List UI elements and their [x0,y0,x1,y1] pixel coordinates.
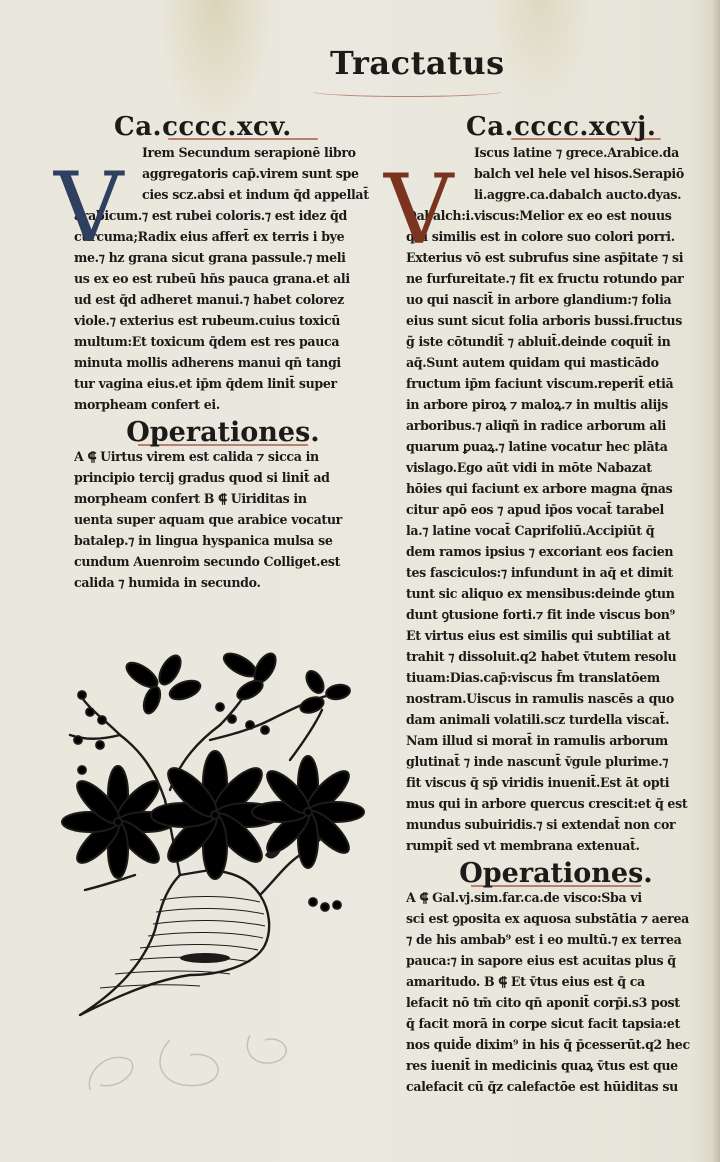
operations-heading-left: Operationes. [74,417,372,446]
left-column: Ca.cccc.xcv. V Irem Secundum serapionē l… [74,112,372,593]
text-line: amaritudo. B ⸿ Et v̄tus eius est q̄ ca [406,971,706,992]
operations-body-right: A ⸿ Gal.vj.sim.far.ca.de visco:Sba vi sc… [406,887,706,1097]
right-column: Ca.cccc.xcvj. V Iscus latine ⁊ grece.Ara… [406,112,706,1097]
text-line: aq̄.Sunt autem quidam qui masticādo [406,352,706,373]
text-line: dam animali volatili.scz turdella viscat… [406,709,706,730]
operations-heading-right: Operationes. [406,858,706,887]
operations-heading-text: Operationes. [126,417,319,448]
text-line: g̃ iste cōtundit̄ ⁊ abluit̄.deinde coqui… [406,331,706,352]
text-line: mus qui in arbore quercus crescit:et q̄ … [406,793,706,814]
text-line: pauca:⁊ in sapore eius est acuitas plus … [406,950,706,971]
text-line: calefacit cū q̄z calefactōe est hūiditas… [406,1076,706,1097]
rubric-underline [312,86,502,97]
text-line: ud est q̄d adheret manui.⁊ habet colorez [74,289,372,310]
text-line: Et virtus eius est similis qui subtiliat… [406,625,706,646]
text-line: ne furfureitate.⁊ fit ex fructu rotundo … [406,268,706,289]
text-line: fit viscus q̄ sp̄ viridis inuenit̄.Est ā… [406,772,706,793]
text-line: in arbore piroꝝ ⁊ maloꝝ.⁊ in multis alij… [406,394,706,415]
text-line: hōies qui faciunt ex arbore magna q̄nas [406,478,706,499]
text-line: mundus subuiridis.⁊ si extendat̄ non cor [406,814,706,835]
text-line: tes fasciculos:⁊ infundunt in aq̄ et dim… [406,562,706,583]
operations-body-left: A ⸿ Uirtus virem est calida ⁊ sicca in p… [74,446,372,593]
text-line: citur apō eos ⁊ apud ip̄os vocat̄ tarabe… [406,499,706,520]
text-line: trahit ⁊ dissoluit.q2 habet v̄tutem reso… [406,646,706,667]
chapter-title-right: Ca.cccc.xcvj. [466,112,706,140]
text-line: arboribus.⁊ aliqñ in radice arborum ali [406,415,706,436]
page-edge-shadow [712,0,720,1162]
text-line: rumpit̄ sed vt membrana extenuat̄. [406,835,706,856]
drop-cap-initial: V [54,160,123,256]
text-line: batalep.⁊ in lingua hyspanica mulsa se [74,530,372,551]
text-line: tunt sic aliquo ex mensibus:deinde ꝯtun [406,583,706,604]
text-line: tur vagina eius.et ip̄m q̄dem linit̄ sup… [74,373,372,394]
text-line: vislago.Ego aūt vidi in mōte Nabazat [406,457,706,478]
text-line: morpheam confert B ⸿ Uiriditas in [74,488,372,509]
chapter-body-left: V Irem Secundum serapionē libro aggregat… [74,142,372,415]
text-line: la.⁊ latine vocat̄ Caprifoliū.Accipiūt q… [406,520,706,541]
text-line: us ex eo est rubeū hn̄s pauca grana.et a… [74,268,372,289]
text-line: nos quid̄e dixim⁹ in his q̄ p̄cesserūt.q… [406,1034,706,1055]
text-line: ⁊ de his ambab⁹ est i eo multū.⁊ ex terr… [406,929,706,950]
operations-heading-text: Operationes. [459,858,652,889]
text-line: A ⸿ Gal.vj.sim.far.ca.de visco:Sba vi [406,887,706,908]
text-line: Nam illud si morat̄ in ramulis arborum [406,730,706,751]
chapter-body-right: V Iscus latine ⁊ grece.Arabice.da balch … [406,142,706,856]
text-line: eius sunt sicut folia arboris bussi.fruc… [406,310,706,331]
text-line: multum:Et toxicum q̄dem est res pauca [74,331,372,352]
text-line: tiuam:Dias.cap̄:viscus f̄m translatōem [406,667,706,688]
text-line: principio tercij gradus quod si linit̄ a… [74,467,372,488]
text-line: res iuenit̄ in medicinis quaꝝ v̄tus est … [406,1055,706,1076]
text-line: glutinat̄ ⁊ inde nascunt̄ v̄gule plurime… [406,751,706,772]
chapter-title-left: Ca.cccc.xcv. [114,112,372,140]
text-line: dunt ꝯtusione forti.⁊ fit inde viscus bo… [406,604,706,625]
text-line: quarum ꝑuaꝝ.⁊ latine vocatur hec plāta [406,436,706,457]
text-line: fructum ip̄m faciunt viscum.reperit̄ eti… [406,373,706,394]
show-through-ghost-ink [80,1030,340,1110]
text-line: lefacit nō tm̄ cito qn̄ aponit̄ corp̄i.s… [406,992,706,1013]
text-line: uenta super aquam que arabice vocatur [74,509,372,530]
woodcut-tree-illustration [60,640,370,1040]
chapter-title-text: Ca.cccc.xcv. [114,112,292,142]
text-line: nostram.Uiscus in ramulis nascēs a quo [406,688,706,709]
text-line: q̄ facit morā in corpe sicut facit tapsi… [406,1013,706,1034]
text-line: viole.⁊ exterius est rubeum.cuius toxicū [74,310,372,331]
text-line: dem ramos ipsius ⁊ excoriant eos facien [406,541,706,562]
text-line: morpheam confert ei. [74,394,372,415]
text-line: uo qui nascit̄ in arbore glandium:⁊ foli… [406,289,706,310]
drop-cap-initial: V [384,162,453,258]
text-line: sci est ꝯposita ex aquosa substātia ⁊ ae… [406,908,706,929]
text-line: minuta mollis adherens manui qn̄ tangi [74,352,372,373]
text-line: A ⸿ Uirtus virem est calida ⁊ sicca in [74,446,372,467]
book-page: Tractatus Ca.cccc.xcv. V Irem Secundum s… [0,0,720,1162]
text-line: calida ⁊ humida in secundo. [74,572,372,593]
running-head: Tractatus [330,44,505,82]
chapter-title-text: Ca.cccc.xcvj. [466,112,656,142]
running-head-text: Tractatus [330,44,505,82]
text-line: cundum Auenroim secundo Colliget.est [74,551,372,572]
